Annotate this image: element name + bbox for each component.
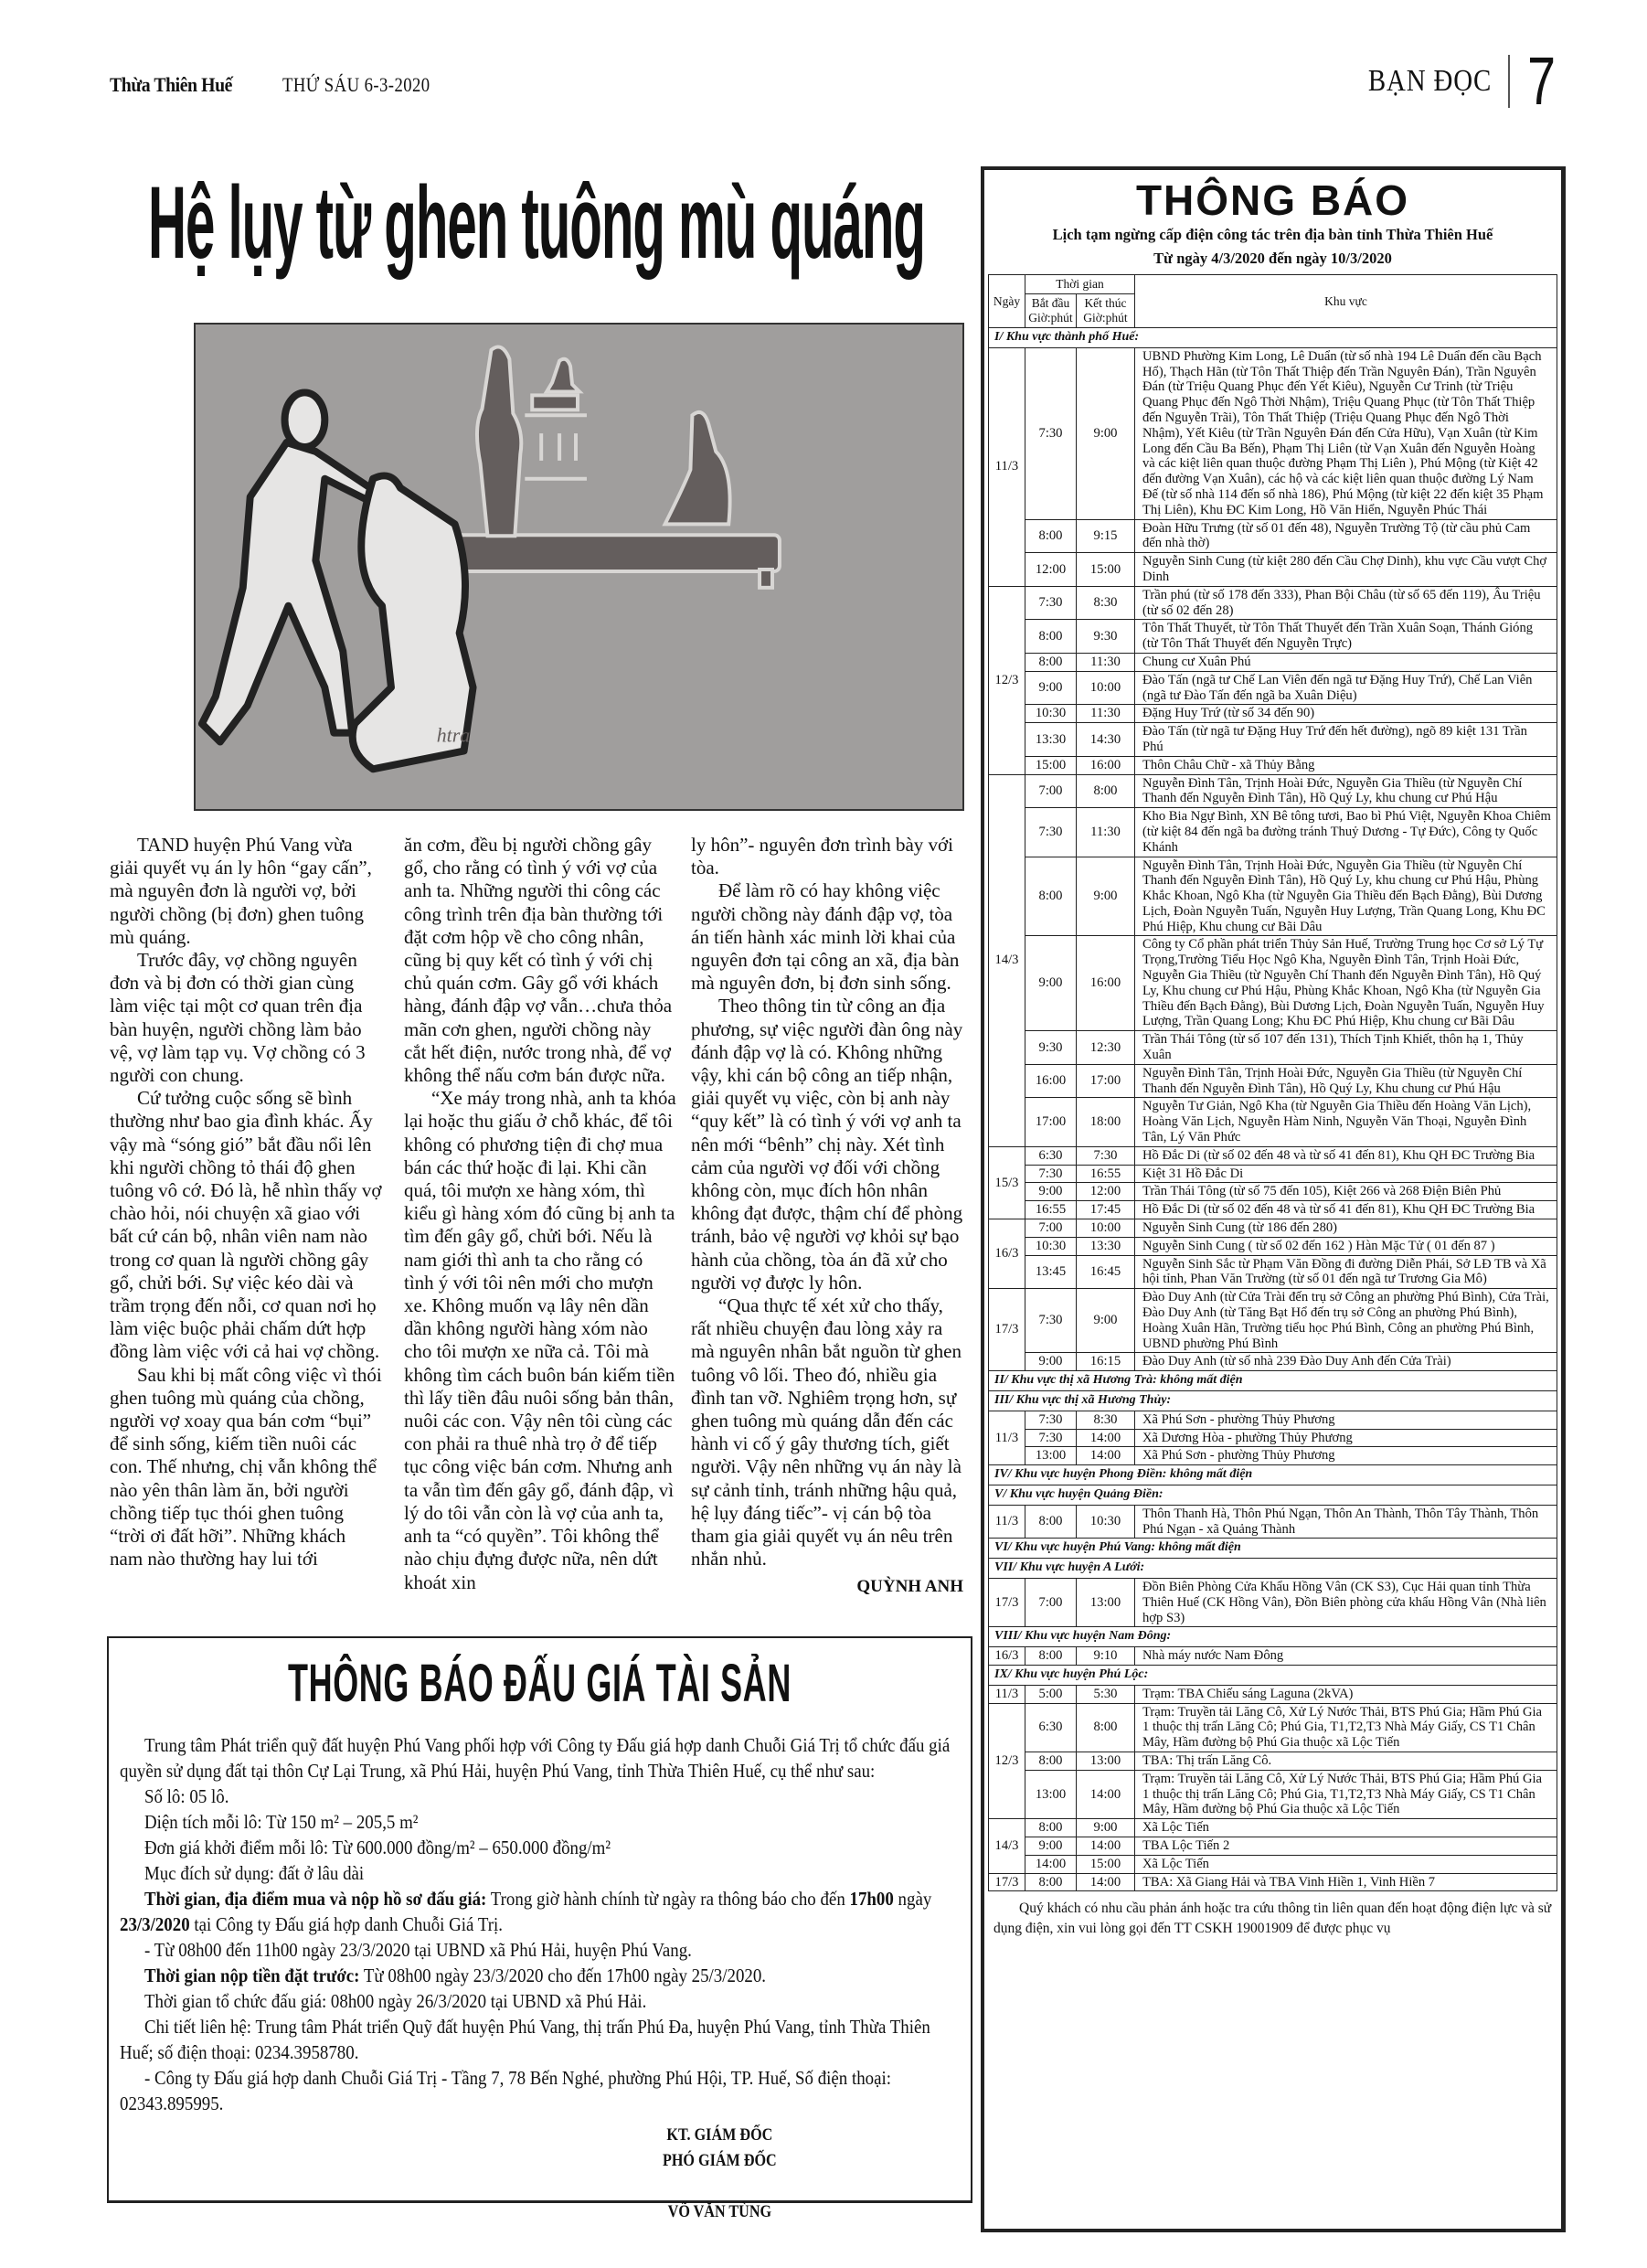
signature-name: VÕ VĂN TÙNG bbox=[663, 2199, 777, 2225]
cell-start: 8:00 bbox=[1025, 519, 1077, 553]
cell-day: 14/3 bbox=[989, 774, 1025, 1146]
cell-day: 16/3 bbox=[989, 1219, 1025, 1289]
cell-area: Đặng Huy Trứ (từ số 34 đến 90) bbox=[1135, 705, 1557, 723]
cell-end: 8:00 bbox=[1077, 774, 1135, 808]
cell-end: 12:30 bbox=[1077, 1031, 1135, 1065]
auction-deposit: Thời gian nộp tiền đặt trước: Từ 08h00 n… bbox=[120, 1963, 959, 1988]
article-paragraph: Để làm rõ có hay không việc người chồng … bbox=[691, 879, 963, 995]
cell-start: 9:00 bbox=[1025, 1183, 1077, 1201]
cell-start: 7:00 bbox=[1025, 1219, 1077, 1238]
cell-area: Kiệt 31 Hồ Đắc Di bbox=[1135, 1165, 1557, 1183]
cell-end: 14:00 bbox=[1077, 1770, 1135, 1818]
table-row: 17/37:309:00Đào Duy Anh (từ Cửa Trài đến… bbox=[989, 1289, 1557, 1353]
table-row: 7:3011:30Kho Bia Ngự Bình, XN Bê tông tư… bbox=[989, 808, 1557, 857]
section-title: III/ Khu vực thị xã Hương Thủy: bbox=[989, 1391, 1557, 1411]
cell-start: 7:30 bbox=[1025, 1429, 1077, 1447]
cell-area: UBND Phường Kim Long, Lê Duẩn (từ số nhà… bbox=[1135, 347, 1557, 519]
cell-start: 10:30 bbox=[1025, 705, 1077, 723]
cell-day: 11/3 bbox=[989, 1505, 1025, 1539]
table-row: 10:3013:30Nguyễn Sinh Cung ( từ số 02 đế… bbox=[989, 1237, 1557, 1255]
cell-day: 17/3 bbox=[989, 1873, 1025, 1891]
article-paragraph: ly hôn”- nguyên đơn trình bày với tòa. bbox=[691, 834, 963, 879]
cell-start: 15:00 bbox=[1025, 756, 1077, 774]
cell-end: 15:00 bbox=[1077, 1855, 1135, 1873]
cell-start: 9:00 bbox=[1025, 671, 1077, 705]
table-row: 16/38:009:10Nhà máy nước Nam Đông bbox=[989, 1647, 1557, 1666]
cell-area: Nguyễn Sinh Cung ( từ số 02 đến 162 ) Hà… bbox=[1135, 1237, 1557, 1255]
cell-area: Nguyễn Sinh Cung (từ 186 đến 280) bbox=[1135, 1219, 1557, 1238]
auction-purpose: Mục đích sử dụng: đất ở lâu dài bbox=[120, 1860, 959, 1886]
cell-start: 8:00 bbox=[1025, 1752, 1077, 1770]
cell-start: 7:00 bbox=[1025, 774, 1077, 808]
cell-area: Nguyễn Sinh Sắc từ Phạm Văn Đồng đi đườn… bbox=[1135, 1255, 1557, 1289]
cell-area: TBA: Xã Giang Hải và TBA Vinh Hiền 1, Vi… bbox=[1135, 1873, 1557, 1891]
cell-end: 13:30 bbox=[1077, 1237, 1135, 1255]
section-title: VIII/ Khu vực huyện Nam Đông: bbox=[989, 1627, 1557, 1647]
section-row: II/ Khu vực thị xã Hương Trà: không mất … bbox=[989, 1371, 1557, 1391]
table-row: 11/37:309:00UBND Phường Kim Long, Lê Duẩ… bbox=[989, 347, 1557, 519]
cell-area: Kho Bia Ngự Bình, XN Bê tông tươi, Bao b… bbox=[1135, 808, 1557, 857]
table-row: 13:4516:45Nguyễn Sinh Sắc từ Phạm Văn Đồ… bbox=[989, 1255, 1557, 1289]
table-row: 9:3012:30Trần Thái Tông (từ số 107 đến 1… bbox=[989, 1031, 1557, 1065]
issue-date: THỨ SÁU 6-3-2020 bbox=[282, 73, 430, 97]
notice-footer: Quý khách có nhu cầu phản ánh hoặc tra c… bbox=[988, 1891, 1557, 1939]
cell-area: Trần Thái Tông (từ số 75 đến 105), Kiệt … bbox=[1135, 1183, 1557, 1201]
table-row: 8:0011:30Chung cư Xuân Phú bbox=[989, 653, 1557, 671]
cell-start: 17:00 bbox=[1025, 1098, 1077, 1146]
cell-start: 8:00 bbox=[1025, 1873, 1077, 1891]
cell-day: 14/3 bbox=[989, 1819, 1025, 1873]
cell-end: 14:30 bbox=[1077, 723, 1135, 757]
cell-area: Xã Dương Hòa - phường Thủy Phương bbox=[1135, 1429, 1557, 1447]
table-row: 10:3011:30Đặng Huy Trứ (từ số 34 đến 90) bbox=[989, 705, 1557, 723]
table-row: 16:0017:00Nguyễn Đình Tân, Trịnh Hoài Đứ… bbox=[989, 1064, 1557, 1098]
table-row: 14/37:008:00Nguyễn Đình Tân, Trịnh Hoài … bbox=[989, 774, 1557, 808]
cell-end: 8:30 bbox=[1077, 1411, 1135, 1429]
cell-start: 5:00 bbox=[1025, 1685, 1077, 1703]
cell-day: 11/3 bbox=[989, 1685, 1025, 1703]
table-row: 13:3014:30Đào Tấn (từ ngã tư Đặng Huy Tr… bbox=[989, 723, 1557, 757]
cell-area: Nguyễn Sinh Cung (từ kiệt 280 đến Cầu Ch… bbox=[1135, 553, 1557, 587]
auction-extra: - Từ 08h00 đến 11h00 ngày 23/3/2020 tại … bbox=[120, 1937, 959, 1963]
auction-contact-2: - Công ty Đấu giá hợp danh Chuỗi Giá Trị… bbox=[120, 2065, 959, 2116]
section-name: BẠN ĐỌC bbox=[1368, 64, 1492, 99]
cell-area: TBA: Thị trấn Lăng Cô. bbox=[1135, 1752, 1557, 1770]
table-row: 8:009:30Tôn Thất Thuyết, từ Tôn Thất Thu… bbox=[989, 620, 1557, 654]
article-body: TAND huyện Phú Vang vừa giải quyết vụ án… bbox=[110, 834, 973, 1620]
cell-end: 13:00 bbox=[1077, 1578, 1135, 1626]
cell-end: 9:30 bbox=[1077, 620, 1135, 654]
article-column-3: ly hôn”- nguyên đơn trình bày với tòa.Để… bbox=[691, 834, 963, 1598]
auction-body: Trung tâm Phát triển quỹ đất huyện Phú V… bbox=[120, 1732, 959, 2116]
auction-area: Diện tích mỗi lô: Từ 150 m² – 205,5 m² bbox=[120, 1809, 959, 1835]
cell-start: 7:30 bbox=[1025, 1165, 1077, 1183]
cell-area: Thôn Châu Chữ - xã Thủy Bằng bbox=[1135, 756, 1557, 774]
cell-start: 9:30 bbox=[1025, 1031, 1077, 1065]
cell-end: 7:30 bbox=[1077, 1146, 1135, 1165]
table-row: 12/36:308:00Trạm: Truyền tải Lăng Cô, Xử… bbox=[989, 1703, 1557, 1752]
header-day: Ngày bbox=[989, 275, 1025, 328]
cell-start: 13:45 bbox=[1025, 1255, 1077, 1289]
cell-area: Hồ Đắc Di (từ số 02 đến 48 và từ số 41 đ… bbox=[1135, 1201, 1557, 1219]
cell-start: 13:30 bbox=[1025, 723, 1077, 757]
article-paragraph: TAND huyện Phú Vang vừa giải quyết vụ án… bbox=[110, 834, 382, 949]
section-row: VI/ Khu vực huyện Phú Vang: không mất đi… bbox=[989, 1539, 1557, 1559]
table-row: 8:009:15Đoàn Hữu Trưng (từ số 01 đến 48)… bbox=[989, 519, 1557, 553]
signature-role: PHÓ GIÁM ĐỐC bbox=[663, 2148, 777, 2174]
article-column-2: ăn cơm, đều bị người chồng gây gổ, cho r… bbox=[404, 834, 676, 1594]
auction-contact-1: Chi tiết liên hệ: Trung tâm Phát triển Q… bbox=[120, 2014, 959, 2065]
cell-area: Nguyễn Đình Tân, Trịnh Hoài Đức, Nguyễn … bbox=[1135, 774, 1557, 808]
section-row: VIII/ Khu vực huyện Nam Đông: bbox=[989, 1627, 1557, 1647]
section-header: BẠN ĐỌC 7 bbox=[1346, 48, 1560, 115]
cell-day: 17/3 bbox=[989, 1289, 1025, 1371]
table-row: 12/37:308:30Trần phú (từ số 178 đến 333)… bbox=[989, 586, 1557, 620]
cell-end: 9:15 bbox=[1077, 519, 1135, 553]
cell-end: 17:45 bbox=[1077, 1201, 1135, 1219]
cell-day: 11/3 bbox=[989, 347, 1025, 586]
cell-start: 7:30 bbox=[1025, 347, 1077, 519]
cell-start: 9:00 bbox=[1025, 936, 1077, 1031]
cell-area: Thôn Thanh Hà, Thôn Phú Ngạn, Thôn An Th… bbox=[1135, 1505, 1557, 1539]
cell-start: 6:30 bbox=[1025, 1703, 1077, 1752]
cell-day: 12/3 bbox=[989, 1703, 1025, 1819]
cell-end: 8:00 bbox=[1077, 1703, 1135, 1752]
cell-start: 7:30 bbox=[1025, 1411, 1077, 1429]
cell-area: Trạm: Truyền tải Lăng Cô, Xử Lý Nước Thả… bbox=[1135, 1770, 1557, 1818]
article-paragraph: Theo thông tin từ công an địa phương, sự… bbox=[691, 995, 963, 1294]
cell-end: 15:00 bbox=[1077, 553, 1135, 587]
auction-time: Thời gian tổ chức đấu giá: 08h00 ngày 26… bbox=[120, 1988, 959, 2014]
section-row: I/ Khu vực thành phố Huế: bbox=[989, 328, 1557, 348]
table-row: 8:009:00Nguyễn Đình Tân, Trịnh Hoài Đức,… bbox=[989, 857, 1557, 936]
cell-area: Xã Phú Sơn - phường Thủy Phương bbox=[1135, 1447, 1557, 1465]
divider bbox=[1508, 55, 1510, 108]
table-row: 9:0016:00Công ty Cổ phần phát triển Thủy… bbox=[989, 936, 1557, 1031]
cell-start: 14:00 bbox=[1025, 1855, 1077, 1873]
table-row: 7:3016:55Kiệt 31 Hồ Đắc Di bbox=[989, 1165, 1557, 1183]
cell-start: 8:00 bbox=[1025, 1505, 1077, 1539]
cell-area: Đào Duy Anh (từ Cửa Trài đến trụ sở Công… bbox=[1135, 1289, 1557, 1353]
section-title: II/ Khu vực thị xã Hương Trà: không mất … bbox=[989, 1371, 1557, 1391]
table-row: 17/38:0014:00TBA: Xã Giang Hải và TBA Vi… bbox=[989, 1873, 1557, 1891]
section-title: VI/ Khu vực huyện Phú Vang: không mất đi… bbox=[989, 1539, 1557, 1559]
power-outage-notice: THÔNG BÁO Lịch tạm ngừng cấp điện công t… bbox=[981, 166, 1566, 2232]
table-row: 14/38:009:00Xã Lộc Tiến bbox=[989, 1819, 1557, 1837]
section-row: IX/ Khu vực huyện Phú Lộc: bbox=[989, 1665, 1557, 1685]
table-row: 17/37:0013:00Đồn Biên Phòng Cửa Khẩu Hồn… bbox=[989, 1578, 1557, 1626]
cell-end: 14:00 bbox=[1077, 1837, 1135, 1855]
cell-end: 5:30 bbox=[1077, 1685, 1135, 1703]
cell-area: Xã Phú Sơn - phường Thủy Phương bbox=[1135, 1411, 1557, 1429]
auction-lots: Số lô: 05 lô. bbox=[120, 1784, 959, 1809]
cell-day: 11/3 bbox=[989, 1411, 1025, 1464]
cell-end: 18:00 bbox=[1077, 1098, 1135, 1146]
cell-area: Nguyễn Đình Tân, Trịnh Hoài Đức, Nguyễn … bbox=[1135, 857, 1557, 936]
cell-start: 7:30 bbox=[1025, 586, 1077, 620]
cell-end: 16:55 bbox=[1077, 1165, 1135, 1183]
notice-date-range: Từ ngày 4/3/2020 đến ngày 10/3/2020 bbox=[988, 249, 1557, 269]
cell-area: Nguyễn Tư Giản, Ngô Kha (từ Nguyễn Gia T… bbox=[1135, 1098, 1557, 1146]
auction-signature: KT. GIÁM ĐỐC PHÓ GIÁM ĐỐC VÕ VĂN TÙNG bbox=[663, 2123, 777, 2225]
table-row: 15/36:307:30Hồ Đắc Di (từ số 02 đến 48 v… bbox=[989, 1146, 1557, 1165]
table-row: 8:0013:00TBA: Thị trấn Lăng Cô. bbox=[989, 1752, 1557, 1770]
header-time: Thời gian bbox=[1025, 275, 1135, 294]
notice-subtitle: Lịch tạm ngừng cấp điện công tác trên đị… bbox=[988, 225, 1557, 245]
article-paragraph: Sau khi bị mất công việc vì thói ghen tu… bbox=[110, 1364, 382, 1571]
cell-start: 12:00 bbox=[1025, 553, 1077, 587]
section-title: I/ Khu vực thành phố Huế: bbox=[989, 328, 1557, 348]
cell-start: 6:30 bbox=[1025, 1146, 1077, 1165]
table-row: 15:0016:00Thôn Châu Chữ - xã Thủy Bằng bbox=[989, 756, 1557, 774]
cell-area: Trạm: Truyền tải Lăng Cô, Xử Lý Nước Thả… bbox=[1135, 1703, 1557, 1752]
table-row: 17:0018:00Nguyễn Tư Giản, Ngô Kha (từ Ng… bbox=[989, 1098, 1557, 1146]
cell-start: 8:00 bbox=[1025, 1647, 1077, 1666]
cell-area: Xã Lộc Tiến bbox=[1135, 1855, 1557, 1873]
table-row: 9:0012:00Trần Thái Tông (từ số 75 đến 10… bbox=[989, 1183, 1557, 1201]
article-paragraph: “Xe máy trong nhà, anh ta khóa lại hoặc … bbox=[404, 1087, 676, 1593]
table-row: 14:0015:00Xã Lộc Tiến bbox=[989, 1855, 1557, 1873]
cell-start: 13:00 bbox=[1025, 1447, 1077, 1465]
cell-end: 10:00 bbox=[1077, 1219, 1135, 1238]
table-row: 9:0016:15Đào Duy Anh (từ số nhà 239 Đào … bbox=[989, 1353, 1557, 1371]
page-number: 7 bbox=[1527, 48, 1556, 115]
cell-day: 12/3 bbox=[989, 586, 1025, 774]
table-row: 16/37:0010:00Nguyễn Sinh Cung (từ 186 đế… bbox=[989, 1219, 1557, 1238]
table-row: 9:0014:00TBA Lộc Tiến 2 bbox=[989, 1837, 1557, 1855]
cell-start: 16:00 bbox=[1025, 1064, 1077, 1098]
section-title: IX/ Khu vực huyện Phú Lộc: bbox=[989, 1665, 1557, 1685]
cell-end: 8:30 bbox=[1077, 586, 1135, 620]
cell-area: Trần Thái Tông (từ số 107 đến 131), Thíc… bbox=[1135, 1031, 1557, 1065]
article-paragraph: ăn cơm, đều bị người chồng gây gổ, cho r… bbox=[404, 834, 676, 1087]
article-paragraph: “Qua thực tế xét xử cho thấy, rất nhiều … bbox=[691, 1294, 963, 1571]
outage-schedule-table: Ngày Thời gian Khu vực Bắt đầu Giờ:phút … bbox=[988, 274, 1557, 1891]
section-title: VII/ Khu vực huyện A Lưới: bbox=[989, 1559, 1557, 1579]
cell-end: 12:00 bbox=[1077, 1183, 1135, 1201]
header-start: Bắt đầu Giờ:phút bbox=[1025, 294, 1077, 328]
cell-end: 9:00 bbox=[1077, 857, 1135, 936]
cell-area: Đào Duy Anh (từ số nhà 239 Đào Duy Anh đ… bbox=[1135, 1353, 1557, 1371]
table-row: 11/35:005:30Trạm: TBA Chiếu sáng Laguna … bbox=[989, 1685, 1557, 1703]
cell-end: 9:00 bbox=[1077, 1289, 1135, 1353]
cell-area: Đào Tấn (từ ngã tư Đặng Huy Trứ đến hết … bbox=[1135, 723, 1557, 757]
article-headline: Hệ lụy từ ghen tuông mù quáng bbox=[148, 172, 576, 274]
notice-title: THÔNG BÁO bbox=[988, 179, 1557, 221]
table-row: 13:0014:00Trạm: Truyền tải Lăng Cô, Xử L… bbox=[989, 1770, 1557, 1818]
cell-area: Nhà máy nước Nam Đông bbox=[1135, 1647, 1557, 1666]
cell-start: 9:00 bbox=[1025, 1837, 1077, 1855]
cell-area: Trần phú (từ số 178 đến 333), Phan Bội C… bbox=[1135, 586, 1557, 620]
cell-start: 8:00 bbox=[1025, 620, 1077, 654]
masthead: Thừa Thiên Huế THỨ SÁU 6-3-2020 bbox=[110, 73, 456, 97]
illustration-graphic: htra bbox=[196, 325, 962, 809]
auction-docs: Thời gian, địa điểm mua và nộp hồ sơ đấu… bbox=[120, 1886, 959, 1937]
section-row: VII/ Khu vực huyện A Lưới: bbox=[989, 1559, 1557, 1579]
table-row: 7:3014:00Xã Dương Hòa - phường Thủy Phươ… bbox=[989, 1429, 1557, 1447]
auction-title: THÔNG BÁO ĐẤU GIÁ TÀI SẢN bbox=[280, 1653, 801, 1714]
cell-end: 16:15 bbox=[1077, 1353, 1135, 1371]
cell-end: 9:00 bbox=[1077, 1819, 1135, 1837]
section-row: V/ Khu vực huyện Quảng Điền: bbox=[989, 1485, 1557, 1505]
article-column-1: TAND huyện Phú Vang vừa giải quyết vụ án… bbox=[110, 834, 382, 1571]
cell-end: 16:00 bbox=[1077, 756, 1135, 774]
section-row: III/ Khu vực thị xã Hương Thủy: bbox=[989, 1391, 1557, 1411]
cell-end: 14:00 bbox=[1077, 1447, 1135, 1465]
paper-name: Thừa Thiên Huế bbox=[110, 73, 232, 97]
cell-end: 9:10 bbox=[1077, 1647, 1135, 1666]
table-row: 16:5517:45Hồ Đắc Di (từ số 02 đến 48 và … bbox=[989, 1201, 1557, 1219]
header-area: Khu vực bbox=[1135, 275, 1557, 328]
article-paragraph: Trước đây, vợ chồng nguyên đơn và bị đơn… bbox=[110, 949, 382, 1087]
table-row: 13:0014:00Xã Phú Sơn - phường Thủy Phươn… bbox=[989, 1447, 1557, 1465]
cell-area: Tôn Thất Thuyết, từ Tôn Thất Thuyết đến … bbox=[1135, 620, 1557, 654]
cell-start: 13:00 bbox=[1025, 1770, 1077, 1818]
section-title: V/ Khu vực huyện Quảng Điền: bbox=[989, 1485, 1557, 1505]
cell-area: Hồ Đắc Di (từ số 02 đến 48 và từ số 41 đ… bbox=[1135, 1146, 1557, 1165]
signature-title: KT. GIÁM ĐỐC bbox=[663, 2123, 777, 2148]
table-row: 11/37:308:30Xã Phú Sơn - phường Thủy Phư… bbox=[989, 1411, 1557, 1429]
cell-end: 9:00 bbox=[1077, 347, 1135, 519]
auction-price: Đơn giá khởi điểm mỗi lô: Từ 600.000 đồn… bbox=[120, 1835, 959, 1860]
cell-start: 8:00 bbox=[1025, 1819, 1077, 1837]
cell-end: 11:30 bbox=[1077, 808, 1135, 857]
cell-end: 11:30 bbox=[1077, 705, 1135, 723]
cell-area: Đồn Biên Phòng Cửa Khẩu Hồng Vân (CK S3)… bbox=[1135, 1578, 1557, 1626]
cell-start: 9:00 bbox=[1025, 1353, 1077, 1371]
cell-start: 7:00 bbox=[1025, 1578, 1077, 1626]
cell-area: Nguyễn Đình Tân, Trịnh Hoài Đức, Nguyễn … bbox=[1135, 1064, 1557, 1098]
cell-area: Trạm: TBA Chiếu sáng Laguna (2kVA) bbox=[1135, 1685, 1557, 1703]
article-paragraph: Cứ tưởng cuộc sống sẽ bình thường như ba… bbox=[110, 1087, 382, 1363]
cell-area: Chung cư Xuân Phú bbox=[1135, 653, 1557, 671]
article-byline: QUỲNH ANH bbox=[691, 1575, 963, 1598]
cell-end: 16:00 bbox=[1077, 936, 1135, 1031]
cell-end: 11:30 bbox=[1077, 653, 1135, 671]
article-illustration: htra bbox=[194, 323, 964, 811]
cell-end: 14:00 bbox=[1077, 1873, 1135, 1891]
cell-area: TBA Lộc Tiến 2 bbox=[1135, 1837, 1557, 1855]
cell-start: 8:00 bbox=[1025, 653, 1077, 671]
cell-end: 13:00 bbox=[1077, 1752, 1135, 1770]
auction-intro: Trung tâm Phát triển quỹ đất huyện Phú V… bbox=[120, 1732, 959, 1784]
cell-end: 16:45 bbox=[1077, 1255, 1135, 1289]
cell-end: 14:00 bbox=[1077, 1429, 1135, 1447]
cell-area: Đoàn Hữu Trưng (từ số 01 đến 48), Nguyễn… bbox=[1135, 519, 1557, 553]
cell-start: 7:30 bbox=[1025, 808, 1077, 857]
cell-start: 7:30 bbox=[1025, 1289, 1077, 1353]
svg-text:htra: htra bbox=[437, 725, 471, 747]
cell-end: 10:30 bbox=[1077, 1505, 1135, 1539]
cell-start: 16:55 bbox=[1025, 1201, 1077, 1219]
cell-area: Đào Tấn (ngã tư Chế Lan Viên đến ngã tư … bbox=[1135, 671, 1557, 705]
table-row: 12:0015:00Nguyễn Sinh Cung (từ kiệt 280 … bbox=[989, 553, 1557, 587]
cell-area: Công ty Cổ phần phát triển Thủy Sản Huế,… bbox=[1135, 936, 1557, 1031]
cell-end: 17:00 bbox=[1077, 1064, 1135, 1098]
table-row: 11/38:0010:30Thôn Thanh Hà, Thôn Phú Ngạ… bbox=[989, 1505, 1557, 1539]
cell-day: 16/3 bbox=[989, 1647, 1025, 1666]
cell-start: 10:30 bbox=[1025, 1237, 1077, 1255]
cell-end: 10:00 bbox=[1077, 671, 1135, 705]
section-row: IV/ Khu vực huyện Phong Điền: không mất … bbox=[989, 1465, 1557, 1485]
cell-day: 17/3 bbox=[989, 1578, 1025, 1626]
cell-area: Xã Lộc Tiến bbox=[1135, 1819, 1557, 1837]
cell-day: 15/3 bbox=[989, 1146, 1025, 1219]
header-end: Kết thúc Giờ:phút bbox=[1077, 294, 1135, 328]
table-row: 9:0010:00Đào Tấn (ngã tư Chế Lan Viên đế… bbox=[989, 671, 1557, 705]
section-title: IV/ Khu vực huyện Phong Điền: không mất … bbox=[989, 1465, 1557, 1485]
cell-start: 8:00 bbox=[1025, 857, 1077, 936]
auction-notice: THÔNG BÁO ĐẤU GIÁ TÀI SẢN Trung tâm Phát… bbox=[107, 1636, 972, 2203]
